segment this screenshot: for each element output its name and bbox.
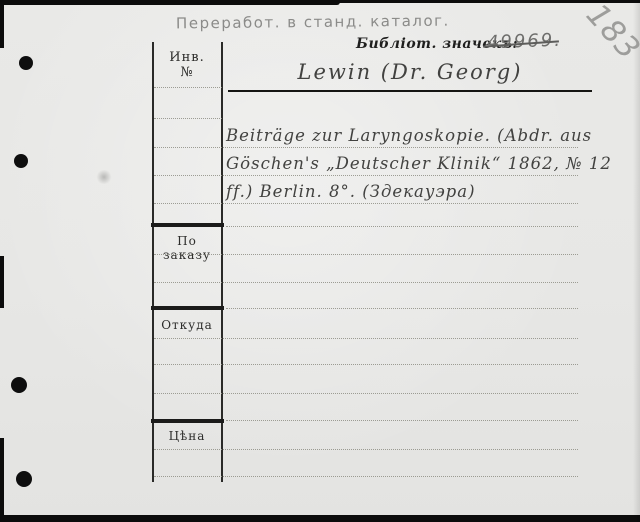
scan-edge-top-left	[0, 0, 340, 5]
entry-author-heading: Lewin (Dr. Georg)	[230, 60, 590, 84]
entry-text-line: Beiträge zur Laryngoskopie. (Abdr. aus	[226, 126, 586, 145]
heading-underline	[228, 90, 592, 92]
punch-hole	[14, 154, 28, 168]
column-section-divider	[151, 306, 224, 310]
dotted-rule-line	[154, 393, 578, 394]
column-section-divider	[151, 419, 224, 423]
dotted-rule-line	[154, 254, 578, 255]
dotted-rule-line	[226, 226, 578, 227]
scan-edge-left	[0, 256, 4, 308]
column-label-cena: Цѣна	[152, 429, 222, 443]
paper-right-edge-shadow	[633, 0, 640, 522]
inventory-label-line1: Инв.	[152, 50, 222, 65]
dotted-rule-line	[154, 147, 578, 148]
scan-edge-left	[0, 438, 4, 516]
column-section-divider	[151, 223, 224, 227]
column-vertical-line-left	[152, 42, 154, 482]
column-label-inventory: Инв. №	[152, 50, 222, 80]
column-label-otkuda: Откуда	[152, 318, 222, 332]
dotted-rule-line	[154, 338, 578, 339]
dotted-rule-line	[154, 87, 222, 88]
catalog-card-scan: Инв. № По заказу Откуда Цѣна Библіот. зн…	[0, 0, 640, 522]
inventory-label-line2: №	[152, 65, 222, 80]
dotted-rule-line	[154, 476, 578, 477]
dotted-rule-line	[226, 308, 578, 309]
dotted-rule-line	[154, 364, 578, 365]
entry-text-line: ff.) Berlin. 8°. (Здекауэра)	[226, 182, 586, 201]
scan-edge-bottom	[0, 515, 640, 522]
pencil-note-top: Переработ. в станд. каталог.	[176, 12, 450, 33]
punch-hole	[16, 471, 32, 487]
punch-hole	[19, 56, 33, 70]
punch-hole	[11, 377, 27, 393]
paper-smudge	[96, 170, 112, 184]
dotted-rule-line	[154, 449, 578, 450]
entry-text-line: Göschen's „Deutscher Klinik“ 1862, № 12	[226, 154, 586, 173]
dotted-rule-line	[226, 420, 578, 421]
dotted-rule-line	[154, 175, 578, 176]
dotted-rule-line	[154, 118, 222, 119]
scan-edge-left	[0, 0, 4, 48]
column-label-po-zakazu: По заказу	[152, 234, 222, 262]
corner-number-pencil: 183	[579, 0, 640, 67]
column-vertical-line-right	[221, 42, 223, 482]
dotted-rule-line	[154, 203, 578, 204]
dotted-rule-line	[154, 282, 578, 283]
